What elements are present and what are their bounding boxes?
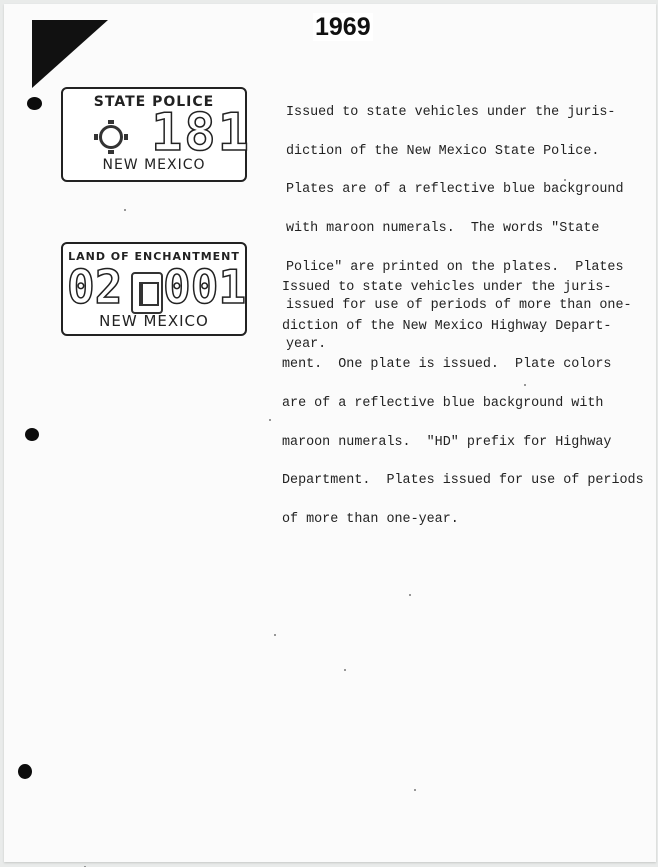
license-plate-state-police: STATE POLICE 181 NEW MEXICO xyxy=(61,87,247,182)
description-line: diction of the New Mexico State Police. xyxy=(286,146,632,159)
punch-hole xyxy=(18,764,32,779)
plate-number: 181 xyxy=(151,103,251,163)
scan-speck xyxy=(414,789,416,791)
document-page: 1969 STATE POLICE 181 NEW MEXICO Issued … xyxy=(4,4,656,862)
plate-number-left: 02 xyxy=(67,260,122,314)
scan-speck xyxy=(274,634,276,636)
description-line: Department. Plates issued for use of per… xyxy=(282,475,644,488)
description-line: are of a reflective blue background with xyxy=(282,398,644,411)
highway-department-icon xyxy=(131,272,163,314)
description-line: Issued to state vehicles under the juris… xyxy=(286,107,632,120)
plate-bottom-text: NEW MEXICO xyxy=(63,312,245,330)
description-line: with maroon numerals. The words "State xyxy=(286,223,632,236)
punch-hole xyxy=(27,97,42,110)
description-line: ment. One plate is issued. Plate colors xyxy=(282,359,644,372)
license-plate-highway-department: LAND OF ENCHANTMENT 02 001 NEW MEXICO xyxy=(61,242,247,336)
scan-speck xyxy=(269,419,271,421)
scan-speck xyxy=(524,384,526,386)
zia-sun-icon xyxy=(99,125,123,149)
description-line: of more than one-year. xyxy=(282,514,644,527)
description-line: maroon numerals. "HD" prefix for Highway xyxy=(282,437,644,450)
description-line: Plates are of a reflective blue backgrou… xyxy=(286,184,632,197)
description-highway-department: Issued to state vehicles under the juris… xyxy=(282,256,644,553)
description-line: diction of the New Mexico Highway Depart… xyxy=(282,321,644,334)
plate-number-right: 001 xyxy=(163,260,246,314)
scan-speck xyxy=(409,594,411,596)
plate-bottom-text: NEW MEXICO xyxy=(63,157,245,173)
scan-speck xyxy=(344,669,346,671)
scan-speck xyxy=(124,209,126,211)
page-year-heading: 1969 xyxy=(313,13,373,41)
description-line: Issued to state vehicles under the juris… xyxy=(282,282,644,295)
scan-corner-shadow xyxy=(32,20,108,88)
punch-hole xyxy=(25,428,39,441)
scan-speck xyxy=(564,179,566,181)
